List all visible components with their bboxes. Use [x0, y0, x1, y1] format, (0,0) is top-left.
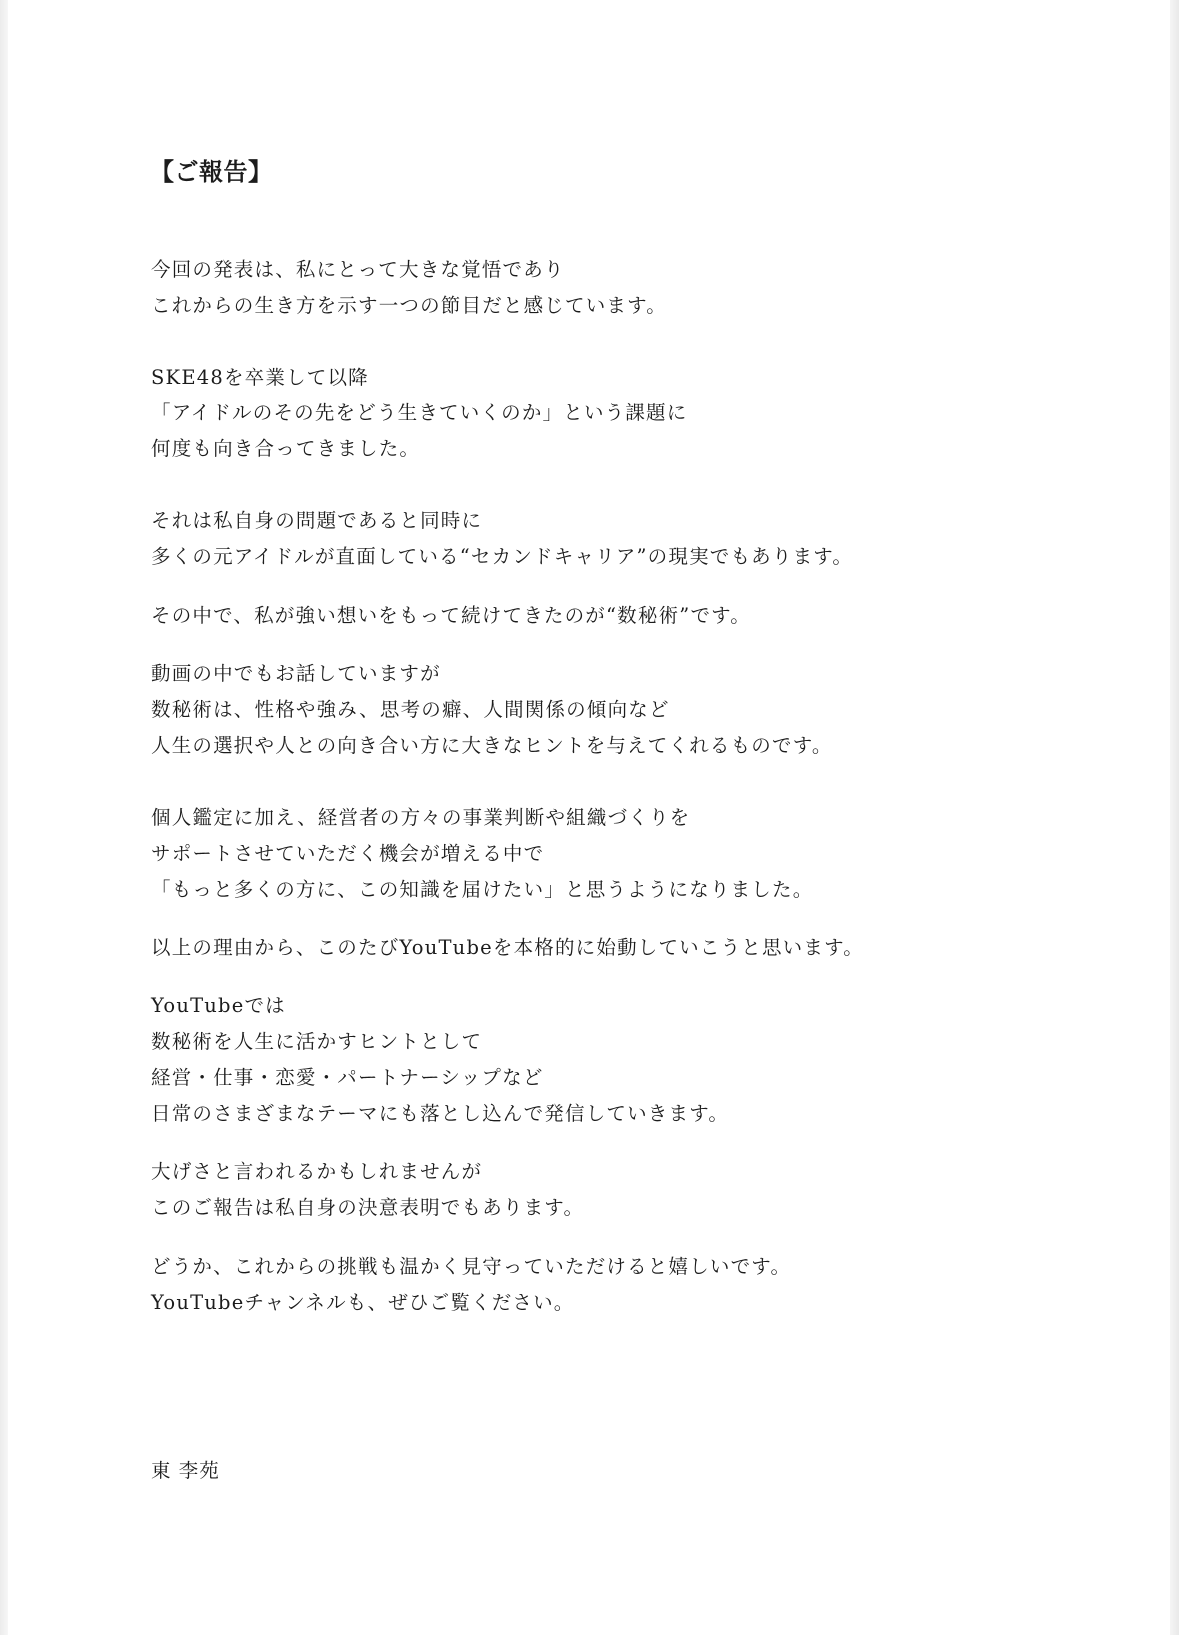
- paragraph-line: 日常のさまざまなテーマにも落とし込んで発信していきます。: [151, 1101, 729, 1127]
- paragraph-line: これからの生き方を示す一つの節目だと感じています。: [151, 293, 667, 319]
- paragraph-line: 動画の中でもお話していますが: [151, 661, 441, 687]
- paragraph-line: 大げさと言われるかもしれませんが: [151, 1159, 482, 1185]
- paragraph-line: 経営・仕事・恋愛・パートナーシップなど: [151, 1065, 544, 1091]
- paragraph-line: 「もっと多くの方に、この知識を届けたい」と思うようになりました。: [151, 877, 813, 903]
- paragraph-line: 今回の発表は、私にとって大きな覚悟であり: [151, 257, 565, 283]
- paragraph-line: SKE48を卒業して以降: [151, 365, 369, 391]
- paragraph-line: 多くの元アイドルが直面している“セカンドキャリア”の現実でもあります。: [151, 544, 853, 570]
- paragraph-line: 個人鑑定に加え、経営者の方々の事業判断や組織づくりを: [151, 805, 690, 831]
- paragraph-line: 以上の理由から、このたびYouTubeを本格的に始動していこうと思います。: [151, 935, 864, 961]
- paragraph-line: 「アイドルのその先をどう生きていくのか」という課題に: [151, 400, 687, 426]
- paragraph-line: 数秘術を人生に活かすヒントとして: [151, 1029, 482, 1055]
- page-edge-right: [1170, 0, 1179, 1635]
- document-title: 【ご報告】: [150, 157, 273, 187]
- paragraph-line: YouTubeチャンネルも、ぜひご覧ください。: [151, 1290, 575, 1316]
- announcement-page: 【ご報告】 今回の発表は、私にとって大きな覚悟であり これからの生き方を示す一つ…: [8, 0, 1170, 1635]
- paragraph-line: 数秘術は、性格や強み、思考の癖、人間関係の傾向など: [151, 697, 670, 723]
- paragraph-line: YouTubeでは: [151, 993, 286, 1019]
- paragraph-line: サポートさせていただく機会が増える中で: [151, 841, 544, 867]
- paragraph-line: このご報告は私自身の決意表明でもあります。: [151, 1195, 584, 1221]
- paragraph-line: 人生の選択や人との向き合い方に大きなヒントを与えてくれるものです。: [151, 733, 833, 759]
- paragraph-line: どうか、これからの挑戦も温かく見守っていただけると嬉しいです。: [151, 1254, 791, 1280]
- paragraph-line: その中で、私が強い想いをもって続けてきたのが“数秘術”です。: [151, 603, 751, 629]
- paragraph-line: それは私自身の問題であると同時に: [151, 508, 482, 534]
- author-signature: 東 李苑: [151, 1458, 220, 1484]
- paragraph-line: 何度も向き合ってきました。: [151, 436, 420, 462]
- page-edge-left: [0, 0, 8, 1635]
